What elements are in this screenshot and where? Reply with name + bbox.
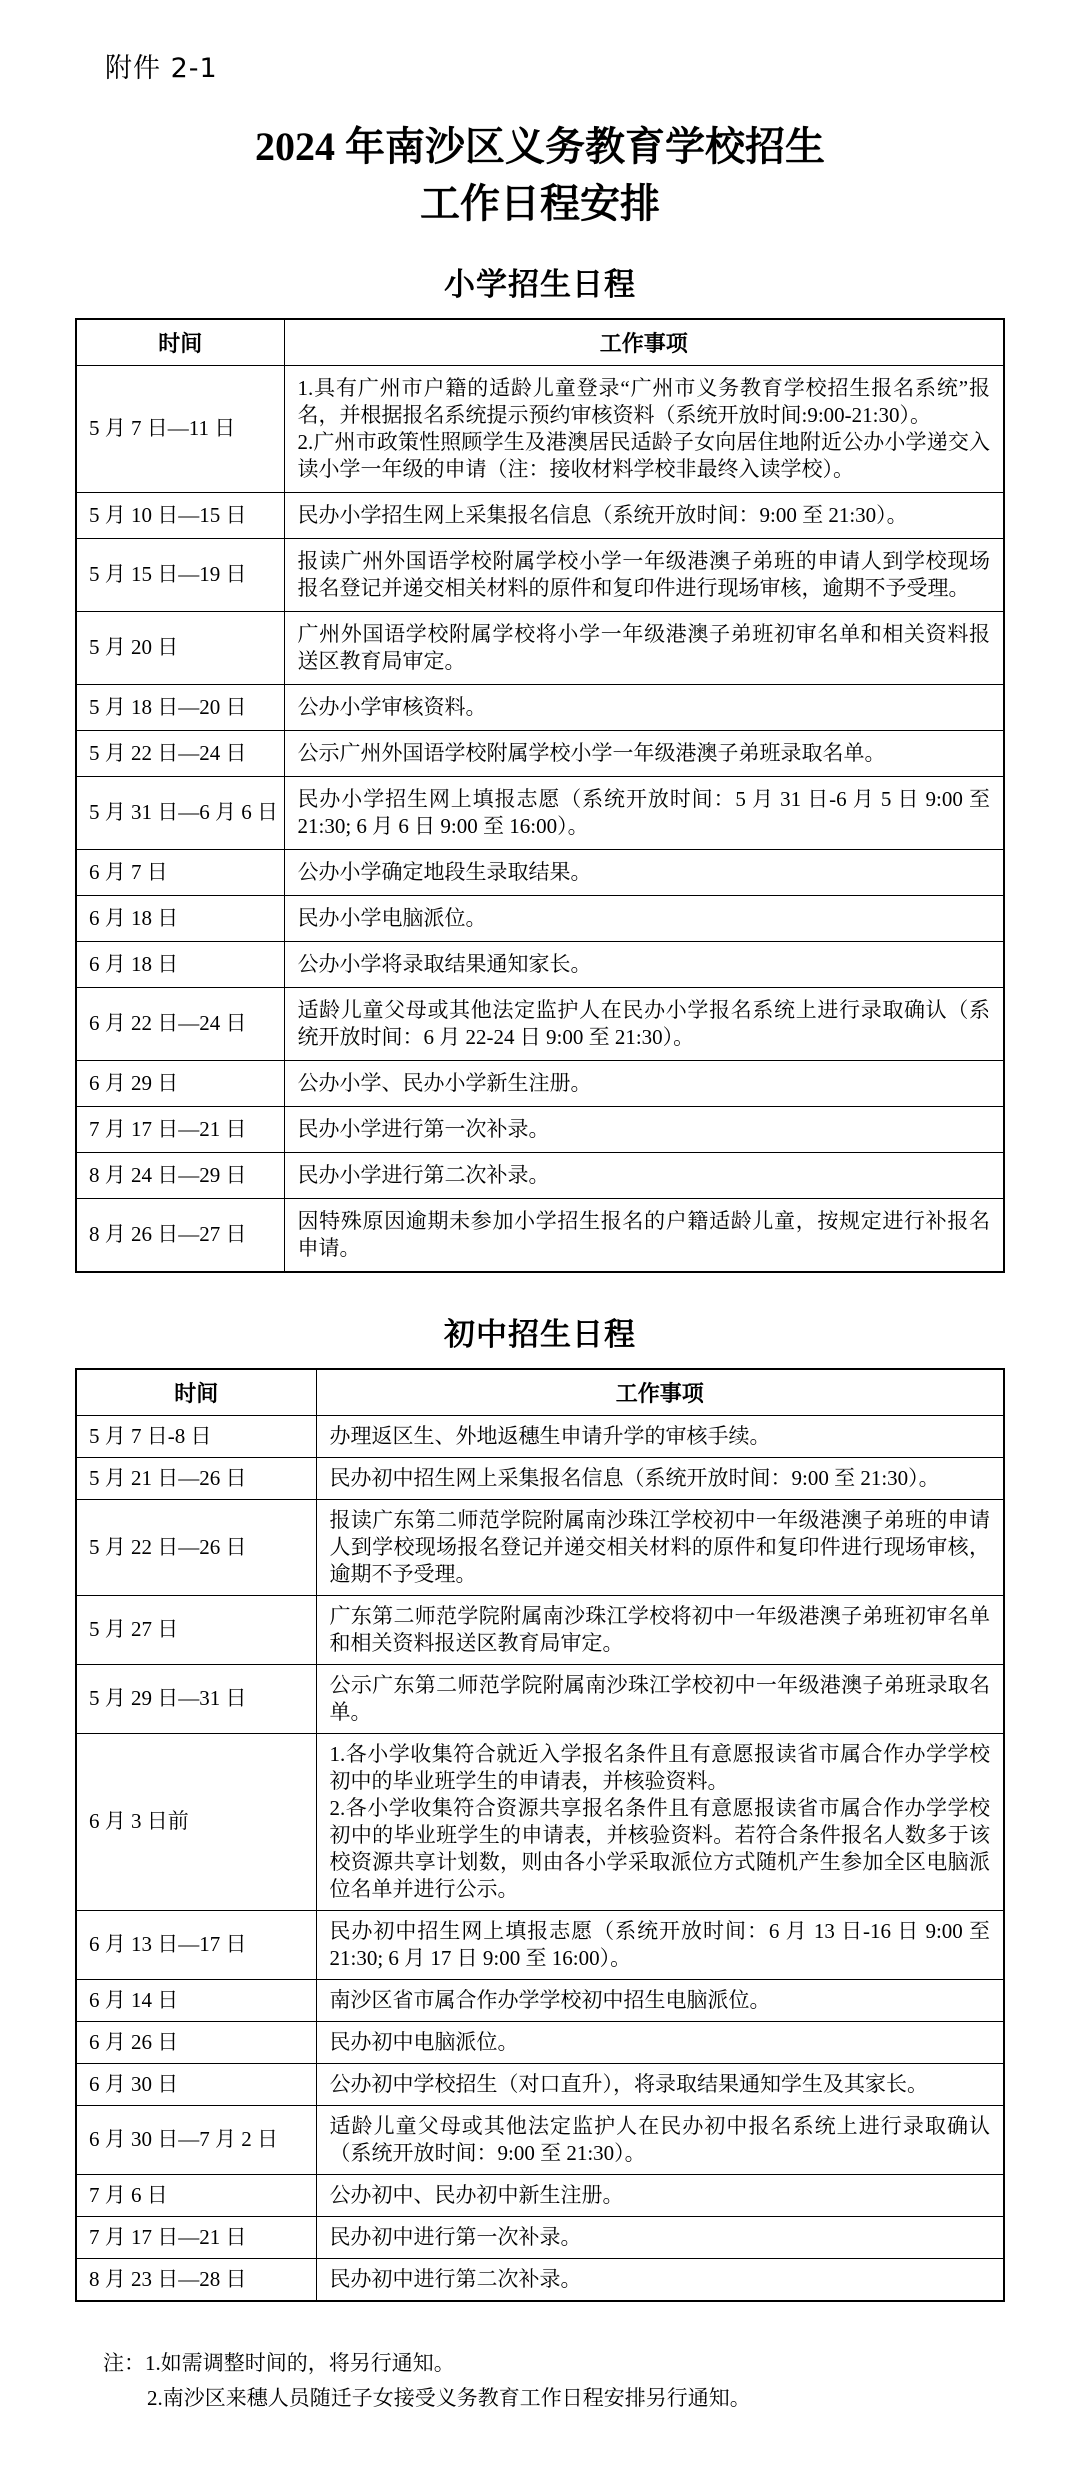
task-cell: 公示广州外国语学校附属学校小学一年级港澳子弟班录取名单。: [284, 730, 1004, 776]
task-cell: 1.各小学收集符合就近入学报名条件且有意愿报读省市属合作办学学校初中的毕业班学生…: [316, 1733, 1004, 1910]
document-title-line-2: 工作日程安排: [75, 176, 1005, 233]
time-cell: 5 月 18 日—20 日: [76, 684, 284, 730]
footnote-line-2: 2.南沙区来穗人员随迁子女接受义务教育工作日程安排另行通知。: [103, 2381, 1005, 2417]
footnote-line-1: 注： 1.如需调整时间的，将另行通知。: [103, 2346, 1005, 2382]
primary-schedule-table: 时间 工作事项 5 月 7 日—11 日 1.具有广州市户籍的适龄儿童登录“广州…: [75, 318, 1005, 1273]
time-cell: 6 月 7 日: [76, 849, 284, 895]
primary-table-body: 5 月 7 日—11 日 1.具有广州市户籍的适龄儿童登录“广州市义务教育学校招…: [76, 365, 1004, 1272]
time-column-header: 时间: [76, 319, 284, 366]
time-cell: 5 月 29 日—31 日: [76, 1664, 316, 1733]
table-row: 5 月 22 日—26 日 报读广东第二师范学院附属南沙珠江学校初中一年级港澳子…: [76, 1499, 1004, 1595]
table-row: 5 月 20 日 广州外国语学校附属学校将小学一年级港澳子弟班初审名单和相关资料…: [76, 611, 1004, 684]
task-cell: 民办初中电脑派位。: [316, 2021, 1004, 2063]
task-cell: 公办初中学校招生（对口直升），将录取结果通知学生及其家长。: [316, 2063, 1004, 2105]
table-row: 8 月 24 日—29 日 民办小学进行第二次补录。: [76, 1152, 1004, 1198]
table-row: 6 月 3 日前 1.各小学收集符合就近入学报名条件且有意愿报读省市属合作办学学…: [76, 1733, 1004, 1910]
table-row: 8 月 26 日—27 日 因特殊原因逾期未参加小学招生报名的户籍适龄儿童，按规…: [76, 1198, 1004, 1272]
table-row: 6 月 30 日—7 月 2 日 适龄儿童父母或其他法定监护人在民办初中报名系统…: [76, 2105, 1004, 2174]
time-cell: 5 月 21 日—26 日: [76, 1457, 316, 1499]
task-cell: 民办小学招生网上填报志愿（系统开放时间：5 月 31 日-6 月 5 日 9:0…: [284, 776, 1004, 849]
footnote-text-1: 1.如需调整时间的，将另行通知。: [145, 2346, 455, 2382]
task-cell: 公办小学审核资料。: [284, 684, 1004, 730]
table-row: 6 月 18 日 民办小学电脑派位。: [76, 895, 1004, 941]
document-title: 2024 年南沙区义务教育学校招生 工作日程安排: [75, 119, 1005, 233]
footnote-label: 注：: [103, 2346, 145, 2382]
task-cell: 公办小学确定地段生录取结果。: [284, 849, 1004, 895]
time-cell: 6 月 22 日—24 日: [76, 987, 284, 1060]
table-row: 7 月 17 日—21 日 民办小学进行第一次补录。: [76, 1106, 1004, 1152]
table-row: 6 月 26 日 民办初中电脑派位。: [76, 2021, 1004, 2063]
task-cell: 适龄儿童父母或其他法定监护人在民办小学报名系统上进行录取确认（系统开放时间：6 …: [284, 987, 1004, 1060]
time-cell: 5 月 31 日—6 月 6 日: [76, 776, 284, 849]
time-cell: 7 月 6 日: [76, 2174, 316, 2216]
header-row: 时间 工作事项: [76, 1369, 1004, 1416]
table-row: 8 月 23 日—28 日 民办初中进行第二次补录。: [76, 2258, 1004, 2301]
task-cell: 民办初中进行第二次补录。: [316, 2258, 1004, 2301]
task-cell: 民办小学电脑派位。: [284, 895, 1004, 941]
time-cell: 5 月 7 日—11 日: [76, 365, 284, 492]
attachment-label: 附件 2-1: [105, 46, 1005, 85]
footnotes: 注： 1.如需调整时间的，将另行通知。 2.南沙区来穗人员随迁子女接受义务教育工…: [103, 2346, 1005, 2417]
task-cell: 南沙区省市属合作办学学校初中招生电脑派位。: [316, 1979, 1004, 2021]
section-gap: [75, 1273, 1005, 1283]
time-cell: 7 月 17 日—21 日: [76, 1106, 284, 1152]
table-row: 6 月 14 日 南沙区省市属合作办学学校初中招生电脑派位。: [76, 1979, 1004, 2021]
task-cell: 报读广东第二师范学院附属南沙珠江学校初中一年级港澳子弟班的申请人到学校现场报名登…: [316, 1499, 1004, 1595]
table-row: 5 月 10 日—15 日 民办小学招生网上采集报名信息（系统开放时间：9:00…: [76, 492, 1004, 538]
time-cell: 7 月 17 日—21 日: [76, 2216, 316, 2258]
secondary-table-body: 5 月 7 日-8 日 办理返区生、外地返穗生申请升学的审核手续。 5 月 21…: [76, 1415, 1004, 2301]
task-cell: 公办小学、民办小学新生注册。: [284, 1060, 1004, 1106]
task-cell: 广东第二师范学院附属南沙珠江学校将初中一年级港澳子弟班初审名单和相关资料报送区教…: [316, 1595, 1004, 1664]
footnote-text-2: 2.南沙区来穗人员随迁子女接受义务教育工作日程安排另行通知。: [147, 2381, 751, 2417]
time-cell: 5 月 22 日—24 日: [76, 730, 284, 776]
table-row: 5 月 21 日—26 日 民办初中招生网上采集报名信息（系统开放时间：9:00…: [76, 1457, 1004, 1499]
header-row: 时间 工作事项: [76, 319, 1004, 366]
table-row: 5 月 15 日—19 日 报读广州外国语学校附属学校小学一年级港澳子弟班的申请…: [76, 538, 1004, 611]
table-row: 6 月 29 日 公办小学、民办小学新生注册。: [76, 1060, 1004, 1106]
table-row: 6 月 7 日 公办小学确定地段生录取结果。: [76, 849, 1004, 895]
time-cell: 8 月 23 日—28 日: [76, 2258, 316, 2301]
primary-section-heading: 小学招生日程: [75, 259, 1005, 304]
time-cell: 6 月 30 日: [76, 2063, 316, 2105]
time-cell: 5 月 7 日-8 日: [76, 1415, 316, 1457]
secondary-table-header: 时间 工作事项: [76, 1369, 1004, 1416]
task-cell: 民办小学招生网上采集报名信息（系统开放时间：9:00 至 21:30）。: [284, 492, 1004, 538]
task-cell: 适龄儿童父母或其他法定监护人在民办初中报名系统上进行录取确认（系统开放时间：9:…: [316, 2105, 1004, 2174]
time-column-header: 时间: [76, 1369, 316, 1416]
task-cell: 民办初中招生网上填报志愿（系统开放时间：6 月 13 日-16 日 9:00 至…: [316, 1910, 1004, 1979]
secondary-section-heading: 初中招生日程: [75, 1309, 1005, 1354]
table-row: 6 月 18 日 公办小学将录取结果通知家长。: [76, 941, 1004, 987]
table-row: 7 月 6 日 公办初中、民办初中新生注册。: [76, 2174, 1004, 2216]
table-row: 6 月 22 日—24 日 适龄儿童父母或其他法定监护人在民办小学报名系统上进行…: [76, 987, 1004, 1060]
task-cell: 办理返区生、外地返穗生申请升学的审核手续。: [316, 1415, 1004, 1457]
document-title-line-1: 2024 年南沙区义务教育学校招生: [75, 119, 1005, 176]
table-row: 6 月 30 日 公办初中学校招生（对口直升），将录取结果通知学生及其家长。: [76, 2063, 1004, 2105]
time-cell: 5 月 10 日—15 日: [76, 492, 284, 538]
task-cell: 公办小学将录取结果通知家长。: [284, 941, 1004, 987]
task-cell: 报读广州外国语学校附属学校小学一年级港澳子弟班的申请人到学校现场报名登记并递交相…: [284, 538, 1004, 611]
time-cell: 6 月 14 日: [76, 1979, 316, 2021]
task-cell: 公示广东第二师范学院附属南沙珠江学校初中一年级港澳子弟班录取名单。: [316, 1664, 1004, 1733]
table-row: 6 月 13 日—17 日 民办初中招生网上填报志愿（系统开放时间：6 月 13…: [76, 1910, 1004, 1979]
primary-table-header: 时间 工作事项: [76, 319, 1004, 366]
document-page: 附件 2-1 2024 年南沙区义务教育学校招生 工作日程安排 小学招生日程 时…: [0, 0, 1080, 2477]
secondary-schedule-table: 时间 工作事项 5 月 7 日-8 日 办理返区生、外地返穗生申请升学的审核手续…: [75, 1368, 1005, 2302]
table-row: 5 月 18 日—20 日 公办小学审核资料。: [76, 684, 1004, 730]
task-cell: 公办初中、民办初中新生注册。: [316, 2174, 1004, 2216]
time-cell: 8 月 26 日—27 日: [76, 1198, 284, 1272]
table-row: 5 月 7 日-8 日 办理返区生、外地返穗生申请升学的审核手续。: [76, 1415, 1004, 1457]
time-cell: 6 月 18 日: [76, 941, 284, 987]
time-cell: 6 月 26 日: [76, 2021, 316, 2063]
time-cell: 8 月 24 日—29 日: [76, 1152, 284, 1198]
time-cell: 5 月 15 日—19 日: [76, 538, 284, 611]
time-cell: 6 月 18 日: [76, 895, 284, 941]
time-cell: 6 月 3 日前: [76, 1733, 316, 1910]
task-cell: 民办小学进行第一次补录。: [284, 1106, 1004, 1152]
table-row: 5 月 27 日 广东第二师范学院附属南沙珠江学校将初中一年级港澳子弟班初审名单…: [76, 1595, 1004, 1664]
table-row: 5 月 31 日—6 月 6 日 民办小学招生网上填报志愿（系统开放时间：5 月…: [76, 776, 1004, 849]
task-column-header: 工作事项: [316, 1369, 1004, 1416]
task-cell: 1.具有广州市户籍的适龄儿童登录“广州市义务教育学校招生报名系统”报名，并根据报…: [284, 365, 1004, 492]
table-row: 5 月 7 日—11 日 1.具有广州市户籍的适龄儿童登录“广州市义务教育学校招…: [76, 365, 1004, 492]
task-cell: 民办初中进行第一次补录。: [316, 2216, 1004, 2258]
time-cell: 6 月 30 日—7 月 2 日: [76, 2105, 316, 2174]
time-cell: 5 月 22 日—26 日: [76, 1499, 316, 1595]
task-cell: 民办小学进行第二次补录。: [284, 1152, 1004, 1198]
time-cell: 6 月 13 日—17 日: [76, 1910, 316, 1979]
table-row: 5 月 22 日—24 日 公示广州外国语学校附属学校小学一年级港澳子弟班录取名…: [76, 730, 1004, 776]
task-column-header: 工作事项: [284, 319, 1004, 366]
time-cell: 6 月 29 日: [76, 1060, 284, 1106]
task-cell: 民办初中招生网上采集报名信息（系统开放时间：9:00 至 21:30）。: [316, 1457, 1004, 1499]
time-cell: 5 月 27 日: [76, 1595, 316, 1664]
task-cell: 广州外国语学校附属学校将小学一年级港澳子弟班初审名单和相关资料报送区教育局审定。: [284, 611, 1004, 684]
time-cell: 5 月 20 日: [76, 611, 284, 684]
table-row: 7 月 17 日—21 日 民办初中进行第一次补录。: [76, 2216, 1004, 2258]
table-row: 5 月 29 日—31 日 公示广东第二师范学院附属南沙珠江学校初中一年级港澳子…: [76, 1664, 1004, 1733]
task-cell: 因特殊原因逾期未参加小学招生报名的户籍适龄儿童，按规定进行补报名申请。: [284, 1198, 1004, 1272]
